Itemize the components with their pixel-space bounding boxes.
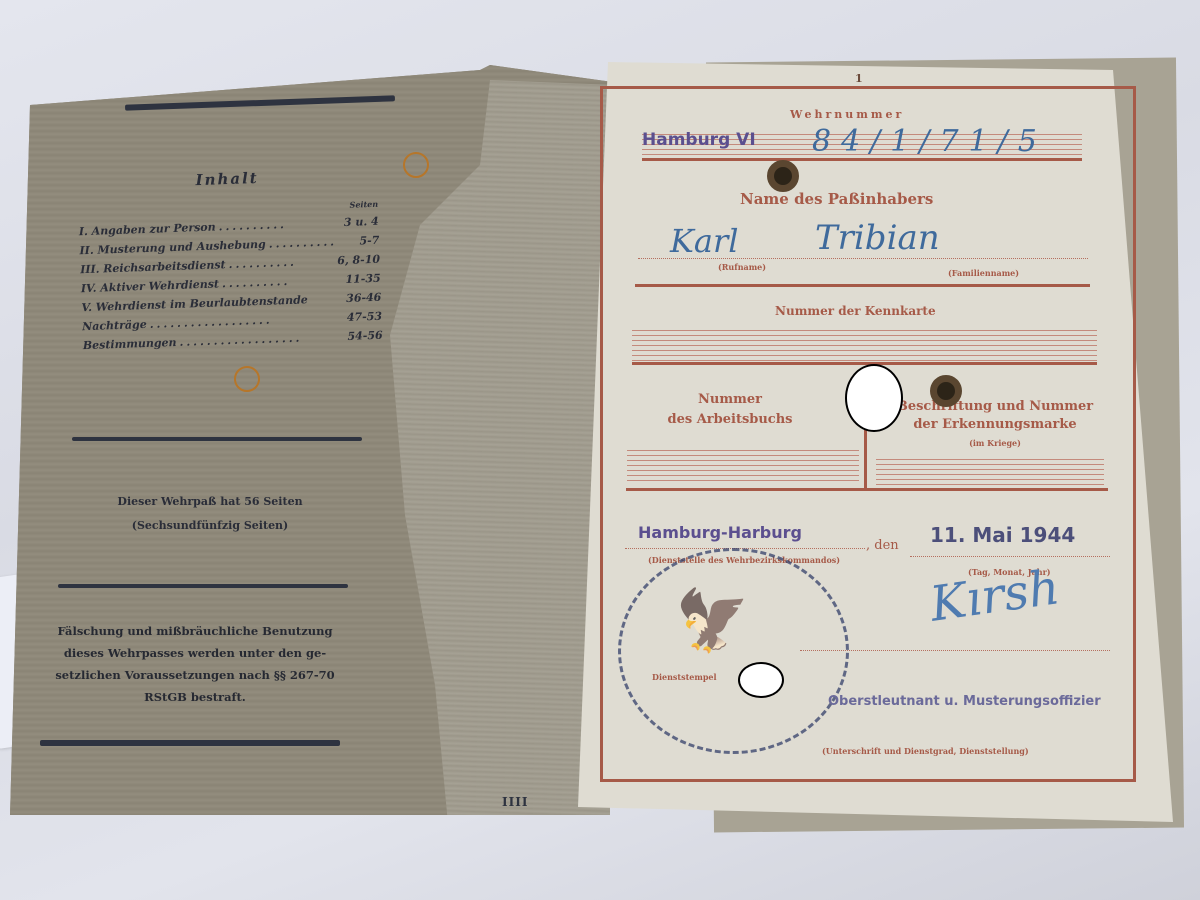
section-rule (626, 488, 1108, 491)
last-name-caption: (Familienname) (948, 268, 1019, 278)
name-rule (635, 284, 1090, 287)
rust-ring (403, 152, 429, 178)
forgery-warning: Fälschung und mißbräuchliche Benutzung d… (45, 620, 345, 708)
table-of-contents: Inhalt Seiten I. Angaben zur Person.....… (77, 165, 383, 358)
kennkarte-label: Nummer der Kennkarte (775, 304, 936, 318)
censor-oval (845, 364, 903, 432)
lower-divider (58, 584, 348, 588)
eyelet (930, 375, 962, 407)
name-label: Name des Paßinhabers (740, 190, 933, 208)
last-name: Tribian (815, 218, 940, 258)
arbeitsbuch-label: Nummer des Arbeitsbuchs (660, 390, 800, 430)
rust-ring (234, 366, 260, 392)
first-name-caption: (Rufname) (718, 262, 766, 272)
toc-item: Bestimmungen..................54-56 (83, 329, 383, 352)
wehrnummer-stamp: Hamburg VI (642, 130, 756, 150)
seal-caption: Dienststempel (652, 672, 717, 682)
bottom-divider (40, 740, 340, 746)
page-count-note: Dieser Wehrpaß hat 56 Seiten (Sechsundfü… (90, 490, 330, 538)
eagle-emblem: 🦅 (675, 585, 750, 656)
tally-marks: IIII (502, 795, 528, 809)
kennkarte-lines (632, 326, 1097, 362)
name-dotline (638, 258, 1088, 259)
wehrnummer-label: Wehrnummer (790, 108, 904, 121)
middle-divider (72, 437, 362, 441)
den-label: , den (866, 538, 899, 553)
censor-oval (738, 662, 784, 698)
arbeitsbuch-lines (627, 446, 859, 482)
rank-stamp: Oberstleutnant u. Musterungsoffizier (828, 694, 1101, 709)
signature-caption: (Unterschrift und Dienstgrad, Dienststel… (822, 746, 1029, 756)
eyelet (767, 160, 799, 192)
erkennungsmarke-lines (876, 455, 1104, 491)
first-name: Karl (670, 222, 739, 260)
wehrnummer-handwritten: 84/1/71/5 (812, 124, 1047, 159)
erkennungsmarke-label: Beschriftung und Nummer der Erkennungsma… (890, 398, 1100, 452)
place-stamp: Hamburg-Harburg (638, 523, 802, 542)
date-stamp: 11. Mai 1944 (930, 523, 1075, 547)
date-dotline (910, 556, 1110, 557)
page-number: 1 (855, 72, 863, 85)
